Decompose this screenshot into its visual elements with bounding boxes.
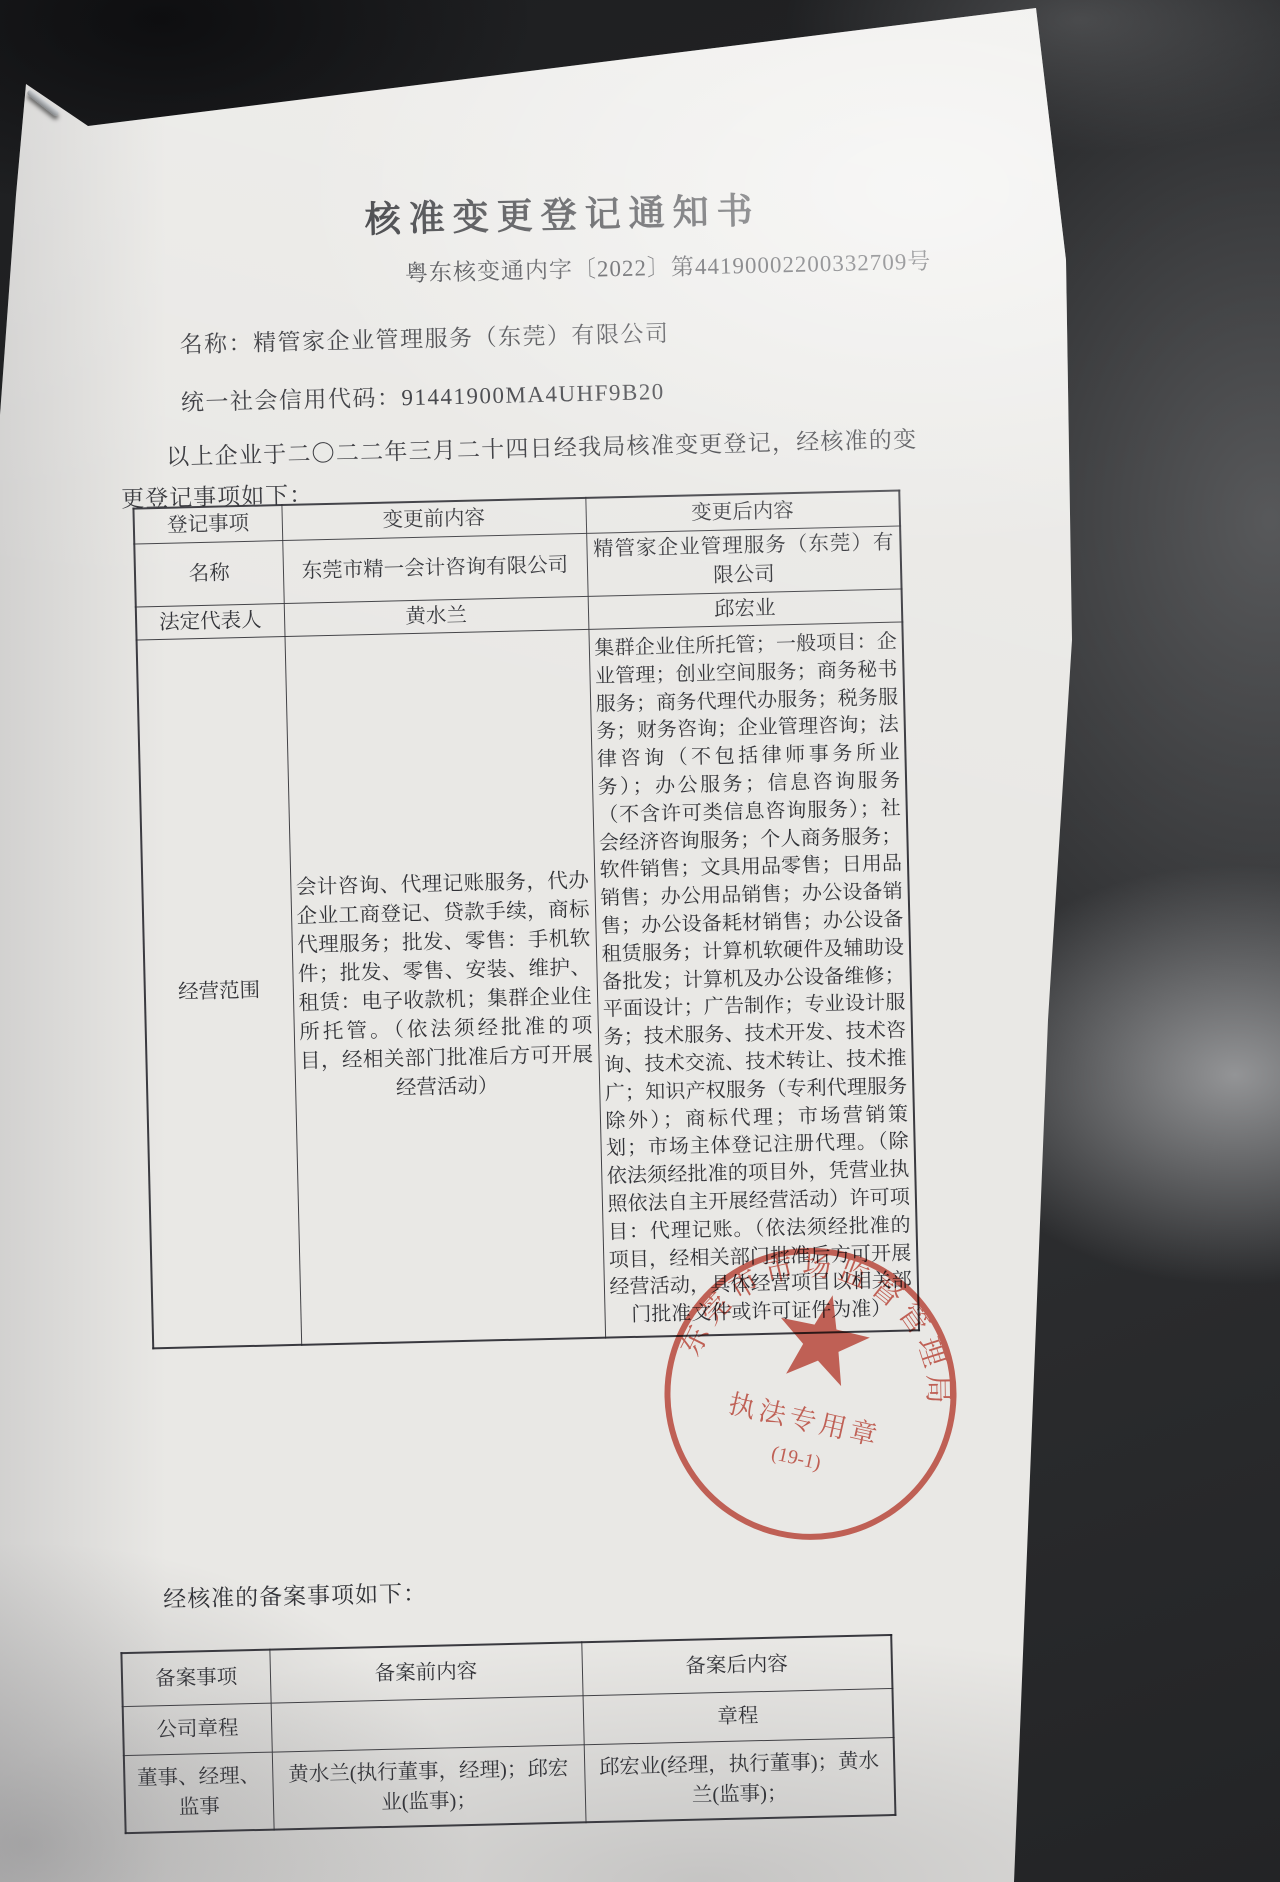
seal-number: (19-1): [769, 1442, 823, 1474]
filing-section: 经核准的备案事项如下： 备案事项 备案前内容 备案后内容 公司章程 章程 董事、: [119, 1563, 930, 1615]
change-row-name-item: 名称: [134, 541, 283, 607]
change-row-scope-before: 会计咨询、代理记账服务，代办企业工商登记、贷款手续，商标代理服务；批发、零售：手…: [285, 629, 606, 1344]
change-row-legalrep-item: 法定代表人: [136, 604, 285, 640]
filing-row-board-before: 黄水兰(执行董事，经理)；邱宏业(监事)；: [272, 1745, 586, 1830]
filing-row-board-item: 董事、经理、监事: [124, 1752, 274, 1833]
filing-table-header-item: 备案事项: [121, 1650, 270, 1707]
filing-section-title: 经核准的备案事项如下：: [163, 1563, 930, 1614]
filing-table-header-before: 备案前内容: [269, 1642, 582, 1703]
change-row-scope-item: 经营范围: [137, 637, 302, 1349]
seal-star-icon: [769, 1285, 877, 1390]
change-table-header-item: 登记事项: [133, 505, 282, 544]
filing-row-charter-after: 章程: [583, 1688, 894, 1744]
company-name-line: 名称：精管家企业管理服务（东莞）有限公司: [179, 315, 670, 360]
filing-table: 备案事项 备案前内容 备案后内容 公司章程 章程 董事、经理、监事 黄水兰(执行…: [120, 1634, 896, 1834]
photo-scene: 核准变更登记通知书 粤东核变通内字〔2022〕第4419000220033270…: [0, 0, 1280, 1882]
document-title: 核准变更登记通知书: [364, 183, 761, 243]
filing-row-board-after: 邱宏业(经理，执行董事)；黄水兰(监事)；: [584, 1737, 896, 1822]
change-row-name-before: 东莞市精一会计咨询有限公司: [282, 533, 587, 603]
document-content: 核准变更登记通知书 粤东核变通内字〔2022〕第4419000220033270…: [110, 131, 951, 1881]
filing-table-header-after: 备案后内容: [581, 1635, 892, 1696]
company-name-value: 精管家企业管理服务（东莞）有限公司: [253, 321, 670, 356]
seal-center-text: 执法专用章: [726, 1389, 884, 1452]
official-seal-stamp: 东莞市市场监督管理局 执法专用章 (19-1): [631, 1215, 989, 1573]
filing-row-charter-before: [271, 1696, 584, 1752]
credit-code-line: 统一社会信用代码：91441900MA4UHF9B20: [181, 373, 666, 417]
filing-row-charter-item: 公司章程: [123, 1703, 272, 1755]
change-row-name-after: 精管家企业管理服务（东莞）有限公司: [586, 526, 901, 596]
change-table: 登记事项 变更前内容 变更后内容 名称 东莞市精一会计咨询有限公司 精管家企业管…: [132, 489, 920, 1349]
credit-code-value: 91441900MA4UHF9B20: [401, 379, 665, 410]
company-name-label: 名称：: [179, 331, 253, 358]
credit-code-label: 统一社会信用代码：: [181, 385, 402, 415]
document-number: 粤东核变通内字〔2022〕第44190002200332709号: [405, 243, 932, 288]
